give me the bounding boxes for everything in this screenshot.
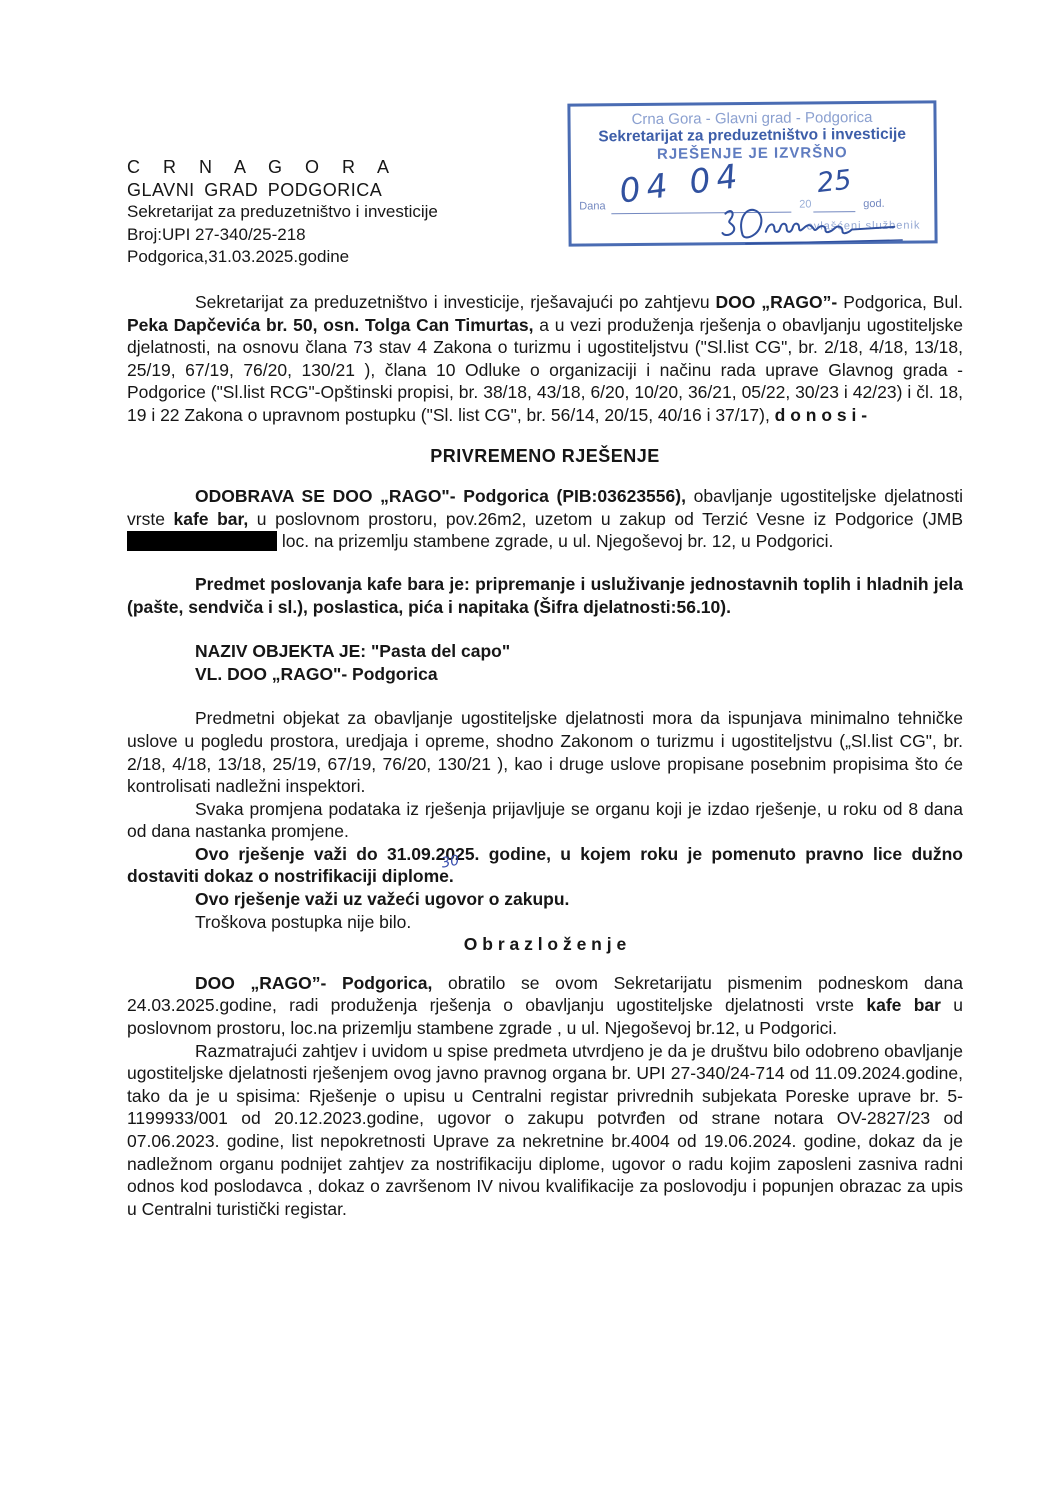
signature-scribble <box>691 199 931 249</box>
city-name: GLAVNI GRAD PODGORICA <box>127 179 438 202</box>
validity-paragraph: Ovo rješenje važi do 31.09.2025. godine,… <box>127 843 963 888</box>
change-notice-paragraph: Svaka promjena podataka iz rješenja prij… <box>127 798 963 843</box>
text-run: kafe bar <box>866 995 941 1015</box>
intro-paragraph: Sekretarijat za preduzetništvo i investi… <box>127 291 963 427</box>
text-run: Peka Dapčevića br. 50, osn. Tolga Can Ti… <box>127 315 539 335</box>
lease-validity-line: Ovo rješenje važi uz važeći ugovor o zak… <box>127 888 963 911</box>
stamp-date-label: Dana <box>579 200 605 212</box>
executive-stamp: Crna Gora - Glavni grad - Podgorica Sekr… <box>567 100 937 246</box>
document-body: Sekretarijat za preduzetništvo i investi… <box>127 291 963 1220</box>
scanned-document-page: C R N A G O R A GLAVNI GRAD PODGORICA Se… <box>0 0 1058 1497</box>
text-run: DOO „RAGO”- Podgorica, <box>195 973 448 993</box>
letterhead: C R N A G O R A GLAVNI GRAD PODGORICA Se… <box>127 156 438 269</box>
place-date: Podgorica,31.03.2025.godine <box>127 246 438 269</box>
object-name-line: NAZIV OBJEKTA JE: "Pasta del capo" <box>127 640 963 663</box>
text-run: u poslovnom prostoru, pov.26m2, uzetom u… <box>257 509 963 529</box>
approval-paragraph: ODOBRAVA SE DOO „RAGO"- Podgorica (PIB:0… <box>127 485 963 553</box>
stamp-department-line: Sekretarijat za preduzetništvo i investi… <box>571 125 934 146</box>
rationale-heading: O b r a z l o ž e n j e <box>127 933 963 956</box>
owner-line: VL. DOO „RAGO"- Podgorica <box>127 663 963 686</box>
text-run: Ovo rješenje važi uz važeći ugovor o zak… <box>195 889 569 909</box>
text-run: d o n o s i - <box>775 405 867 425</box>
decision-title: PRIVREMENO RJEŠENJE <box>127 445 963 468</box>
text-run: kafe bar, <box>174 509 257 529</box>
review-paragraph: Razmatrajući zahtjev i uvidom u spise pr… <box>127 1040 963 1221</box>
text-run: loc. na prizemlju stambene zgrade, u ul.… <box>277 531 833 551</box>
text-run: DOO „RAGO”- <box>716 292 844 312</box>
country-name: C R N A G O R A <box>127 156 438 179</box>
handwritten-year: 25 <box>815 164 853 199</box>
case-number: Broj:UPI 27-340/25-218 <box>127 224 438 247</box>
department-name: Sekretarijat za preduzetništvo i investi… <box>127 201 438 224</box>
submission-paragraph: DOO „RAGO”- Podgorica, obratilo se ovom … <box>127 972 963 1040</box>
text-run: NAZIV OBJEKTA JE: "Pasta del capo" <box>195 641 510 661</box>
jmb-redaction-box <box>127 531 277 551</box>
text-run: Sekretarijat za preduzetništvo i investi… <box>195 292 716 312</box>
text-run: ODOBRAVA SE DOO „RAGO"- Podgorica (PIB:0… <box>195 486 694 506</box>
costs-line: Troškova postupka nije bilo. <box>127 911 963 934</box>
business-scope-paragraph: Predmet poslovanja kafe bara je: priprem… <box>127 573 963 618</box>
text-run: Ovo rješenje važi do 31.09.2025. godine,… <box>127 844 963 887</box>
text-run: VL. DOO „RAGO"- Podgorica <box>195 664 438 684</box>
text-run: Predmet poslovanja kafe bara je: priprem… <box>127 574 963 617</box>
stamp-status-line: RJEŠENJE JE IZVRŠNO <box>571 143 934 163</box>
text-run: Podgorica, Bul. <box>843 292 963 312</box>
conditions-paragraph: Predmetni objekat za obavljanje ugostite… <box>127 707 963 797</box>
